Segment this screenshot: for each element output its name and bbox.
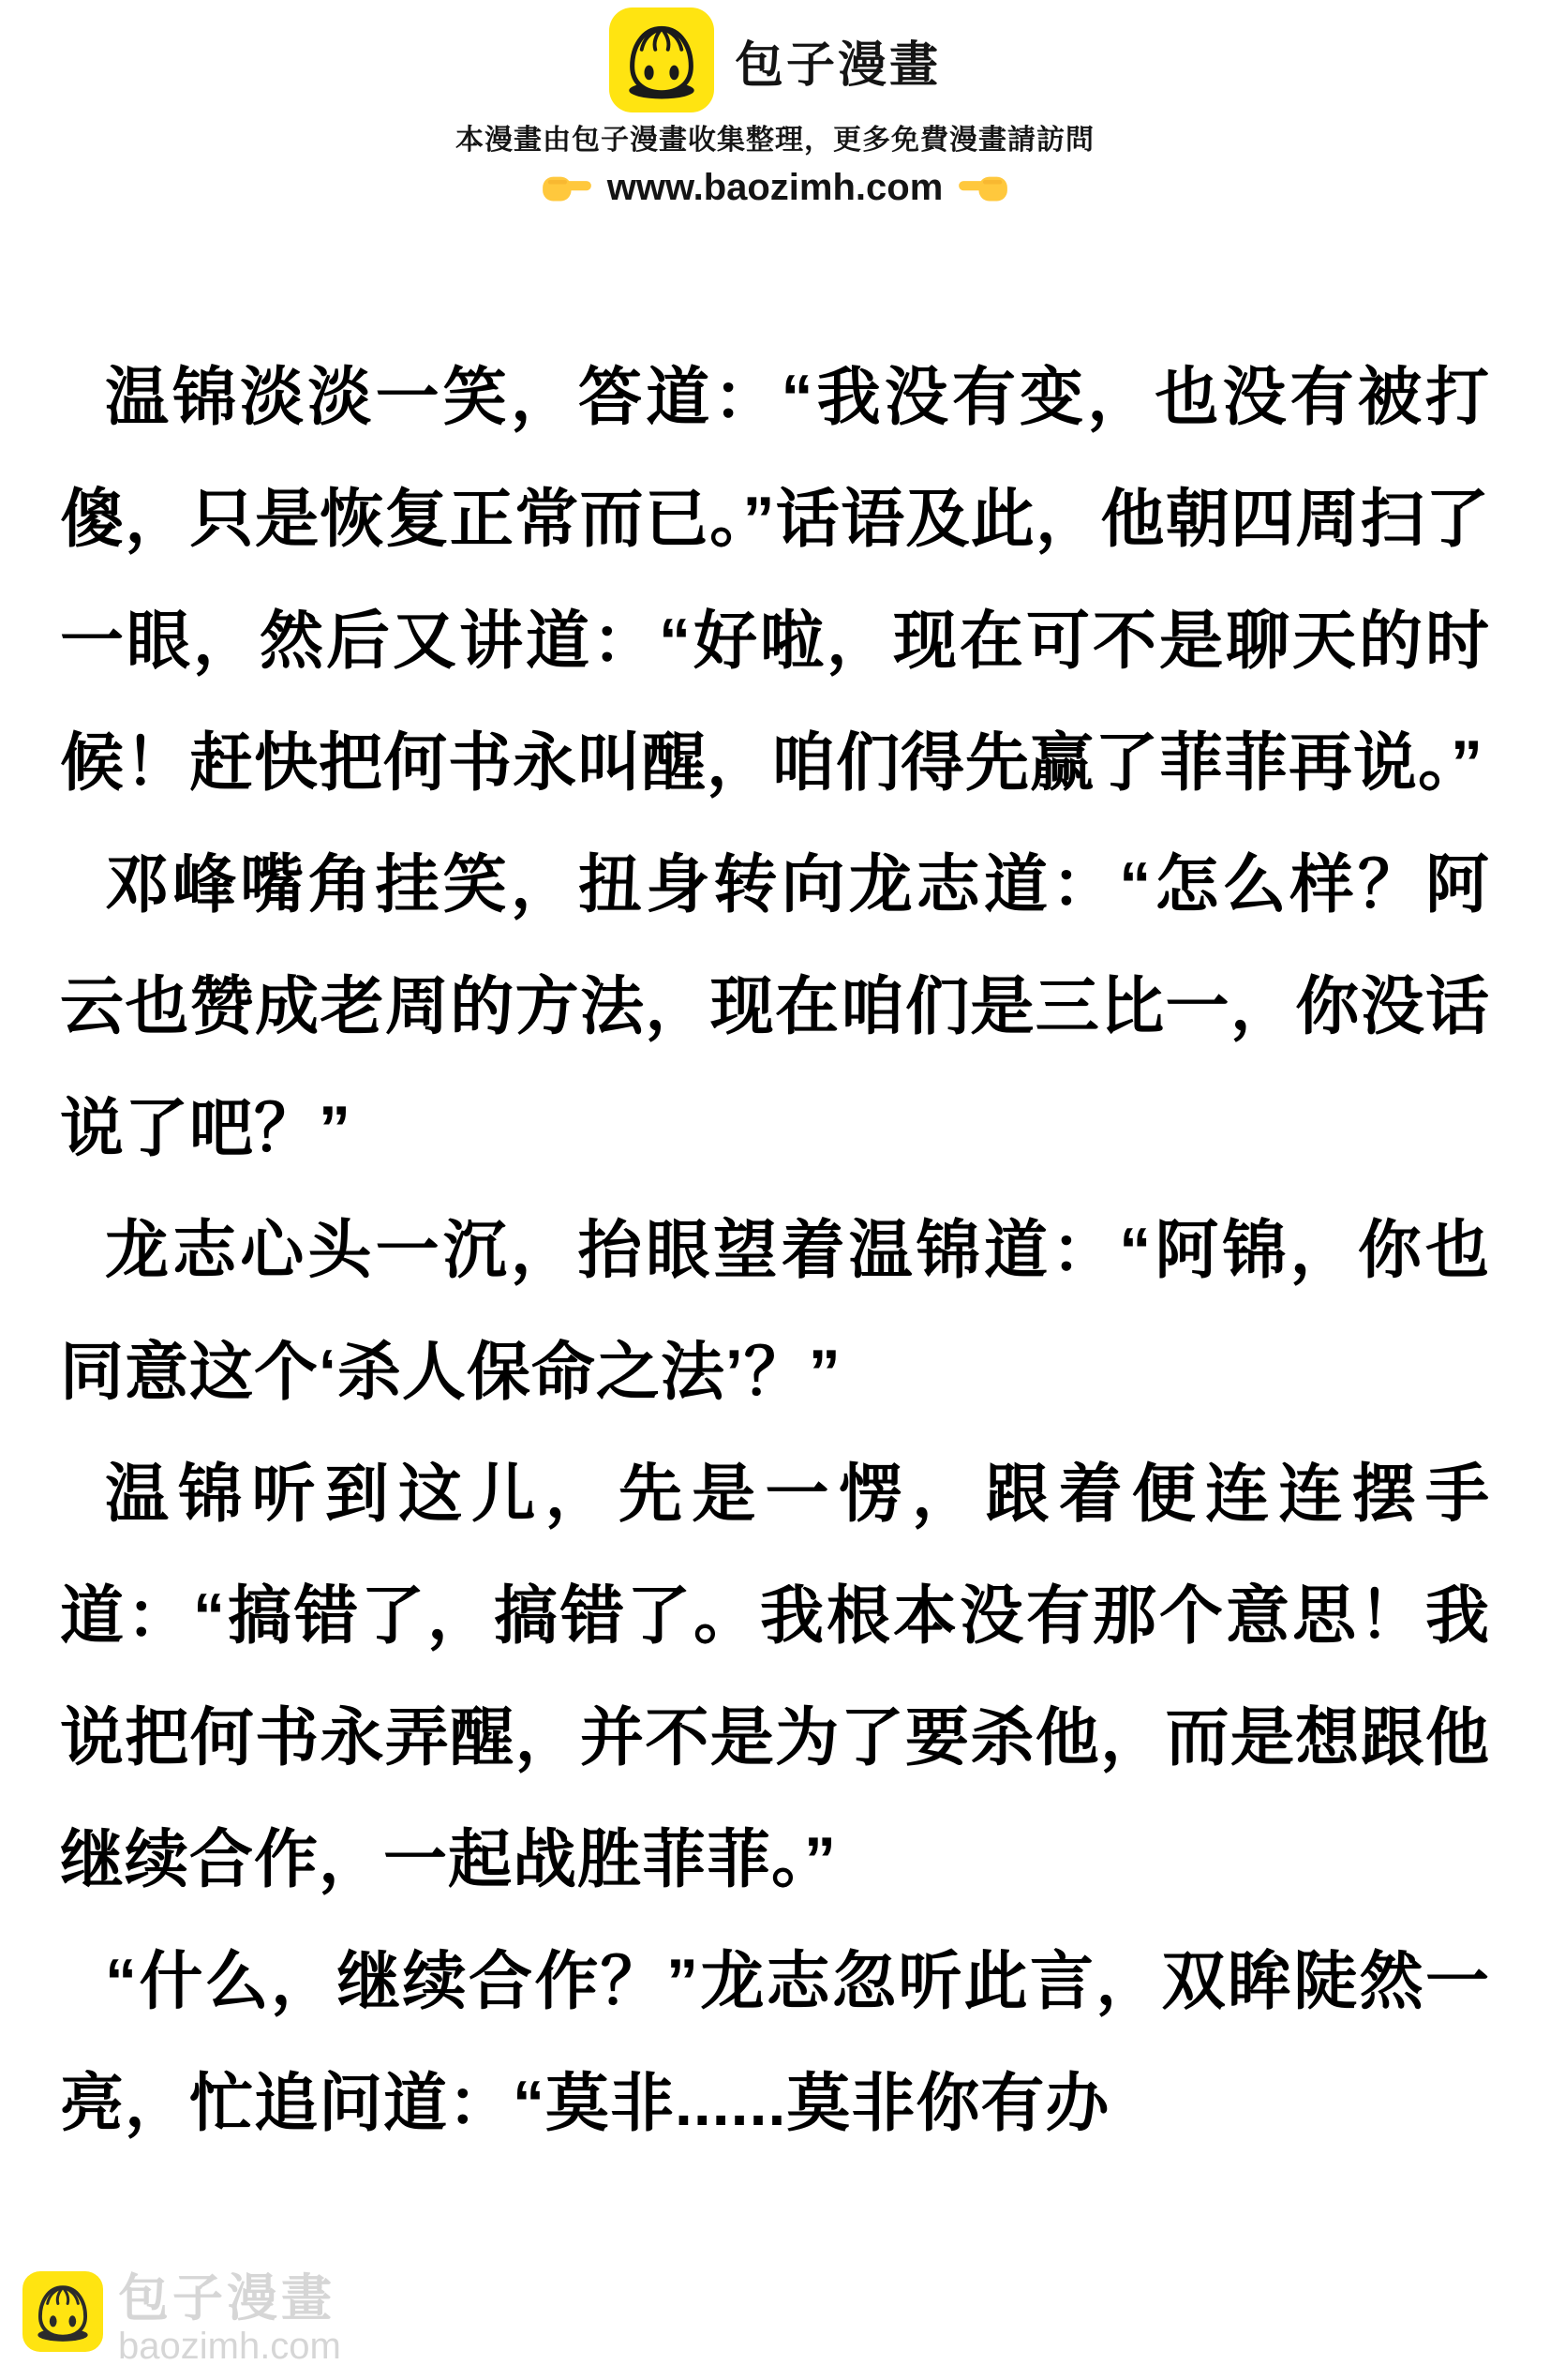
point-left-emoji-icon bbox=[958, 172, 1008, 205]
baozi-bun-icon bbox=[22, 2271, 103, 2352]
brand-name: 包子漫畫 bbox=[735, 25, 941, 96]
novel-paragraph: “什么，继续合作？”龙志忽听此言，双眸陡然一亮，忙追问道：“莫非......莫非… bbox=[60, 1921, 1490, 2164]
watermark-brand-name: 包子漫畫 bbox=[118, 2271, 341, 2326]
watermark-footer: 包子漫畫 baozimh.com bbox=[22, 2271, 341, 2367]
novel-paragraph: 温锦淡淡一笑，答道：“我没有变，也没有被打傻，只是恢复正常而已。”话语及此，他朝… bbox=[60, 337, 1490, 824]
site-url-row: www.baozimh.com bbox=[0, 167, 1550, 209]
brand-row: 包子漫畫 bbox=[0, 7, 1550, 112]
baozi-bun-icon bbox=[609, 7, 714, 112]
watermark-site-url: baozimh.com bbox=[118, 2326, 341, 2367]
site-tagline: 本漫畫由包子漫畫收集整理，更多免費漫畫請訪問 bbox=[0, 116, 1550, 157]
point-right-emoji-icon bbox=[542, 172, 592, 205]
site-header: 包子漫畫 本漫畫由包子漫畫收集整理，更多免費漫畫請訪問 www.baozimh.… bbox=[0, 0, 1550, 209]
novel-text-block: 温锦淡淡一笑，答道：“我没有变，也没有被打傻，只是恢复正常而已。”话语及此，他朝… bbox=[60, 337, 1490, 2164]
novel-reader-page: 包子漫畫 本漫畫由包子漫畫收集整理，更多免費漫畫請訪問 www.baozimh.… bbox=[0, 0, 1550, 2380]
novel-paragraph: 龙志心头一沉，抬眼望着温锦道：“阿锦，你也同意这个‘杀人保命之法’？” bbox=[60, 1190, 1490, 1433]
site-url: www.baozimh.com bbox=[607, 167, 944, 209]
novel-paragraph: 温锦听到这儿，先是一愣，跟着便连连摆手道：“搞错了，搞错了。我根本没有那个意思！… bbox=[60, 1433, 1490, 1921]
novel-paragraph: 邓峰嘴角挂笑，扭身转向龙志道：“怎么样？阿云也赞成老周的方法，现在咱们是三比一，… bbox=[60, 824, 1490, 1190]
watermark-text: 包子漫畫 baozimh.com bbox=[118, 2271, 341, 2367]
